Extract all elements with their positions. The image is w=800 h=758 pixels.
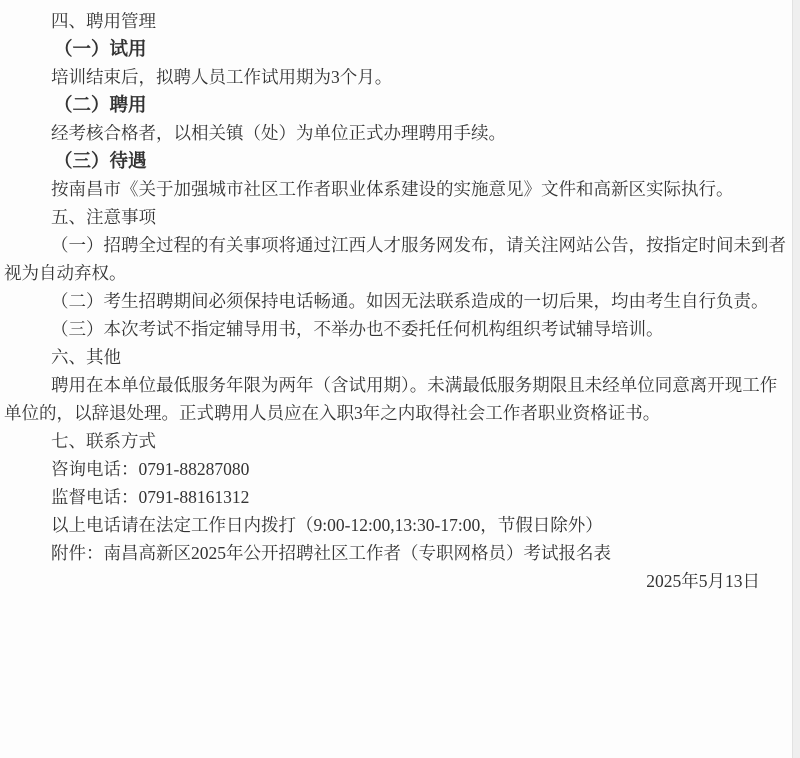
paragraph-probation-detail: 培训结束后，拟聘人员工作试用期为3个月。 [4,63,786,91]
paragraph-supervise-phone: 监督电话：0791-88161312 [4,483,786,511]
page-right-edge-strip [792,0,800,758]
paragraph-note-1: （一）招聘全过程的有关事项将通过江西人才服务网发布，请关注网站公告，按指定时间未… [4,231,786,287]
section-heading-notes: 五、注意事项 [4,203,786,231]
subheading-compensation: （三）待遇 [4,147,786,175]
paragraph-note-3: （三）本次考试不指定辅导用书，不举办也不委托任何机构组织考试辅导培训。 [4,315,786,343]
paragraph-employment-detail: 经考核合格者，以相关镇（处）为单位正式办理聘用手续。 [4,119,786,147]
paragraph-phone-hours: 以上电话请在法定工作日内拨打（9:00-12:00,13:30-17:00，节假… [4,511,786,539]
paragraph-other-detail: 聘用在本单位最低服务年限为两年（含试用期）。未满最低服务期限且未经单位同意离开现… [4,371,786,427]
section-heading-other: 六、其他 [4,343,786,371]
document-date: 2025年5月13日 [4,567,786,595]
attachment-line: 附件：南昌高新区2025年公开招聘社区工作者（专职网格员）考试报名表 [4,539,786,567]
document-page: 四、聘用管理 （一）试用 培训结束后，拟聘人员工作试用期为3个月。 （二）聘用 … [0,0,800,758]
paragraph-consult-phone: 咨询电话：0791-88287080 [4,455,786,483]
subheading-probation: （一）试用 [4,35,786,63]
section-heading-hiring-management: 四、聘用管理 [4,7,786,35]
section-heading-contact: 七、联系方式 [4,427,786,455]
paragraph-note-2: （二）考生招聘期间必须保持电话畅通。如因无法联系造成的一切后果，均由考生自行负责… [4,287,786,315]
subheading-employment: （二）聘用 [4,91,786,119]
paragraph-compensation-detail: 按南昌市《关于加强城市社区工作者职业体系建设的实施意见》文件和高新区实际执行。 [4,175,786,203]
